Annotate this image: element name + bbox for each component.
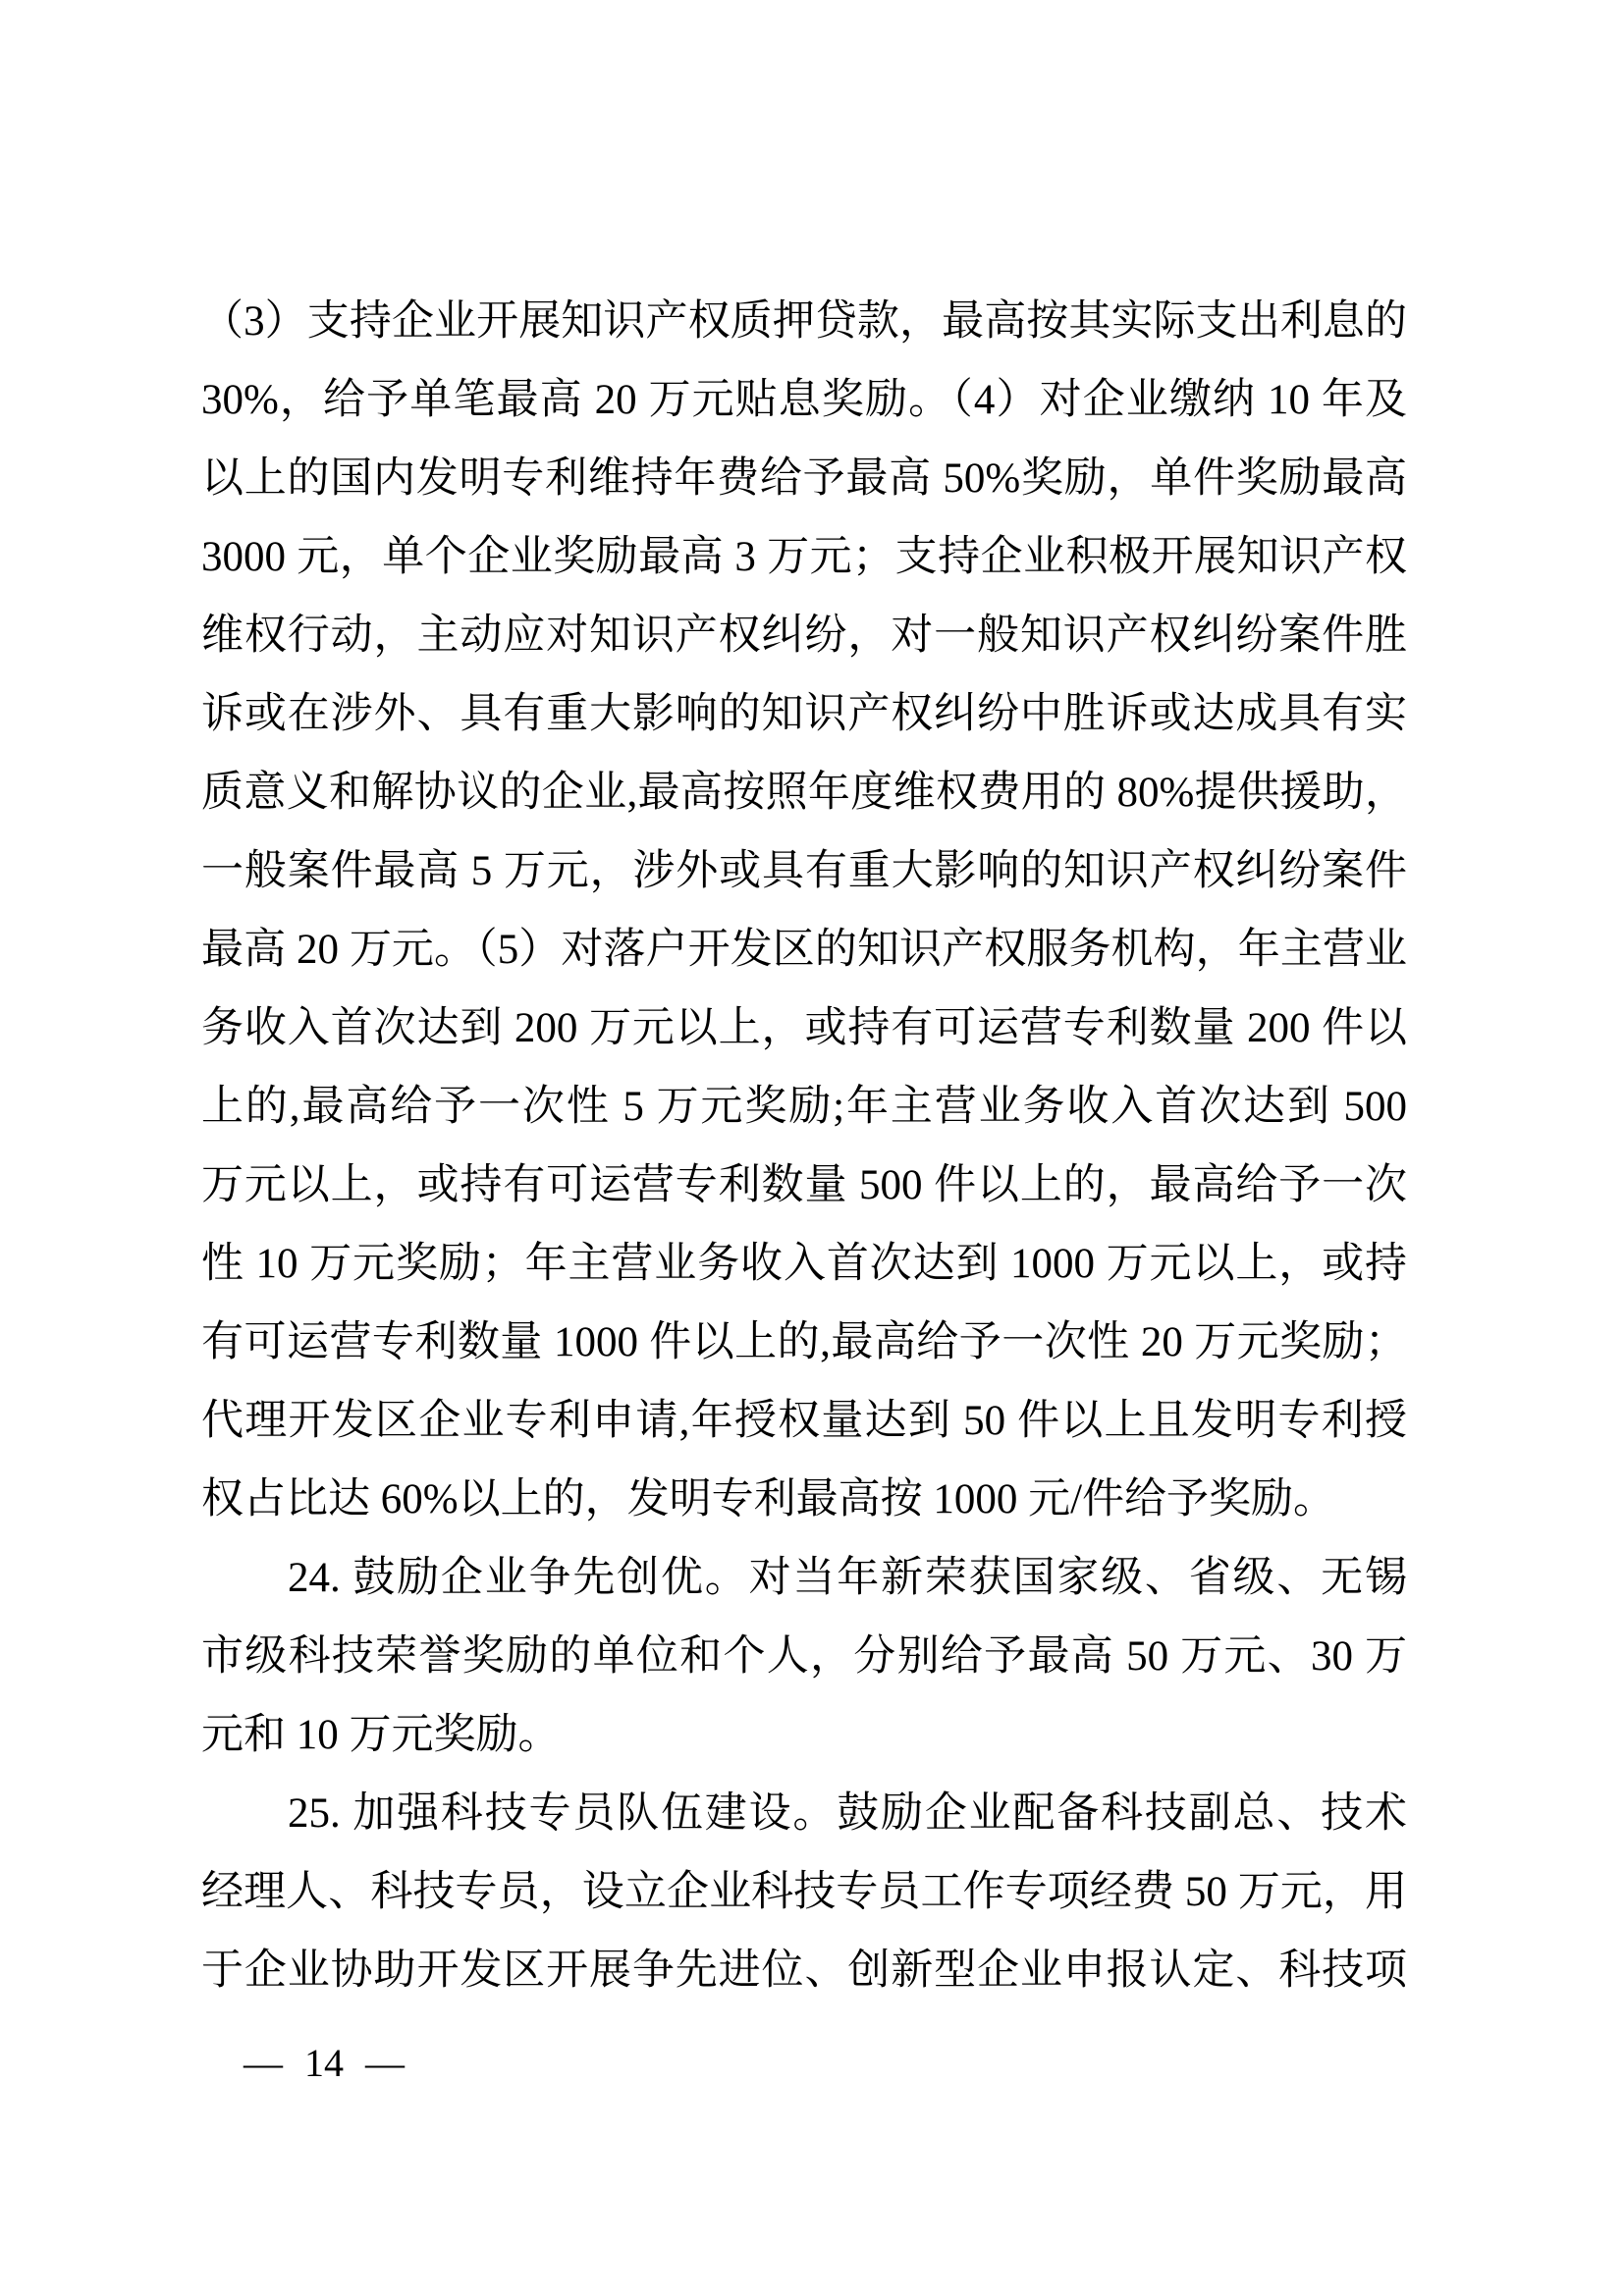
text-line-18: 市级科技荣誉奖励的单位和个人，分别给予最高 50 万元、30 万	[201, 1618, 1407, 1696]
text-line-15: 代理开发区企业专利申请,年授权量达到 50 件以上且发明专利授	[201, 1382, 1407, 1461]
text-line-1: （3）支持企业开展知识产权质押贷款，最高按其实际支出利息的	[201, 283, 1407, 361]
text-line-19: 元和 10 万元奖励。	[201, 1696, 1407, 1775]
text-line-20-item-25: 25. 加强科技专员队伍建设。鼓励企业配备科技副总、技术	[201, 1775, 1407, 1853]
text-line-11: 上的,最高给予一次性 5 万元奖励;年主营业务收入首次达到 500	[201, 1068, 1407, 1147]
document-body: （3）支持企业开展知识产权质押贷款，最高按其实际支出利息的 30%，给予单笔最高…	[201, 283, 1407, 2010]
text-line-6: 诉或在涉外、具有重大影响的知识产权纠纷中胜诉或达成具有实	[201, 675, 1407, 754]
text-line-14: 有可运营专利数量 1000 件以上的,最高给予一次性 20 万元奖励；	[201, 1304, 1407, 1382]
text-line-10: 务收入首次达到 200 万元以上，或持有可运营专利数量 200 件以	[201, 989, 1407, 1068]
text-line-22: 于企业协助开发区开展争先进位、创新型企业申报认定、科技项	[201, 1932, 1407, 2010]
document-page: （3）支持企业开展知识产权质押贷款，最高按其实际支出利息的 30%，给予单笔最高…	[0, 0, 1624, 2296]
text-line-3: 以上的国内发明专利维持年费给予最高 50%奖励，单件奖励最高	[201, 440, 1407, 518]
text-line-9: 最高 20 万元。（5）对落户开发区的知识产权服务机构，年主营业	[201, 911, 1407, 989]
text-line-13: 性 10 万元奖励；年主营业务收入首次达到 1000 万元以上，或持	[201, 1225, 1407, 1304]
text-line-4: 3000 元，单个企业奖励最高 3 万元；支持企业积极开展知识产权	[201, 518, 1407, 597]
text-line-21: 经理人、科技专员，设立企业科技专员工作专项经费 50 万元，用	[201, 1853, 1407, 1932]
text-line-7: 质意义和解协议的企业,最高按照年度维权费用的 80%提供援助，	[201, 754, 1407, 832]
text-line-8: 一般案件最高 5 万元，涉外或具有重大影响的知识产权纠纷案件	[201, 832, 1407, 911]
page-number: — 14 —	[244, 2040, 405, 2087]
text-line-12: 万元以上，或持有可运营专利数量 500 件以上的，最高给予一次	[201, 1147, 1407, 1225]
text-line-2: 30%，给予单笔最高 20 万元贴息奖励。（4）对企业缴纳 10 年及	[201, 361, 1407, 440]
text-line-17-item-24: 24. 鼓励企业争先创优。对当年新荣获国家级、省级、无锡	[201, 1539, 1407, 1618]
text-line-5: 维权行动，主动应对知识产权纠纷，对一般知识产权纠纷案件胜	[201, 597, 1407, 675]
text-line-16: 权占比达 60%以上的，发明专利最高按 1000 元/件给予奖励。	[201, 1461, 1407, 1539]
